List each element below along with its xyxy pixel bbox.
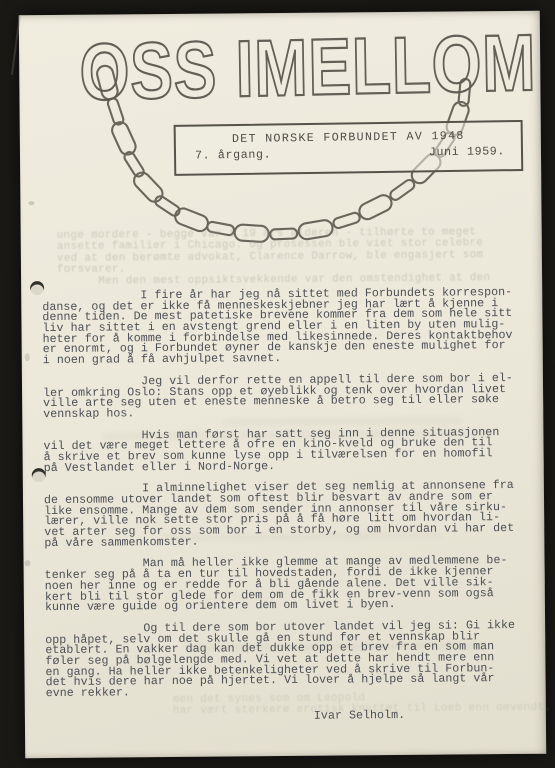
paper-speck: [28, 201, 34, 205]
hole-punch-top: [30, 281, 44, 295]
hole-punch-bottom: [32, 468, 46, 482]
masthead-title: OSS IMELLOM: [79, 23, 537, 113]
volume-label: 7. årgang.: [195, 147, 271, 162]
typed-paragraph: Jeg vil derfor rette en appell til dere …: [43, 373, 527, 420]
typed-paragraph: Man må heller ikke glemme at mange av me…: [45, 555, 529, 613]
typed-paragraph: Og til dere som bor utover landet vil je…: [45, 620, 530, 699]
issue-date: Juni 1959.: [429, 144, 505, 159]
chain-link: [123, 150, 146, 178]
scanned-newsletter-page: OSS IMELLOM DET NORSKE FORBUNDET AV 1948…: [0, 0, 555, 768]
underlying-sheet-edge: [11, 15, 31, 76]
masthead-box: DET NORSKE FORBUNDET AV 1948 7. årgang. …: [174, 120, 524, 176]
chain-link: [153, 194, 181, 217]
typed-paragraph: I fire år har jeg nå sittet med Forbunde…: [42, 287, 527, 366]
chain-link: [131, 169, 166, 205]
paper-sheet: OSS IMELLOM DET NORSKE FORBUNDET AV 1948…: [19, 11, 546, 759]
volume-date-row: 7. årgang. Juni 1959.: [176, 142, 521, 163]
typed-line: kunne være guide og orientere dem om liv…: [45, 598, 529, 613]
bleed-through-header: unge mordere - begge var i 19 års aldere…: [57, 227, 491, 288]
signature: Ivar Selholm.: [314, 708, 405, 723]
paper-speck: [25, 353, 30, 361]
chain-link: [388, 178, 416, 202]
chain-link: [357, 192, 395, 221]
paper-speck: [25, 560, 31, 566]
chain-link: [110, 120, 139, 158]
